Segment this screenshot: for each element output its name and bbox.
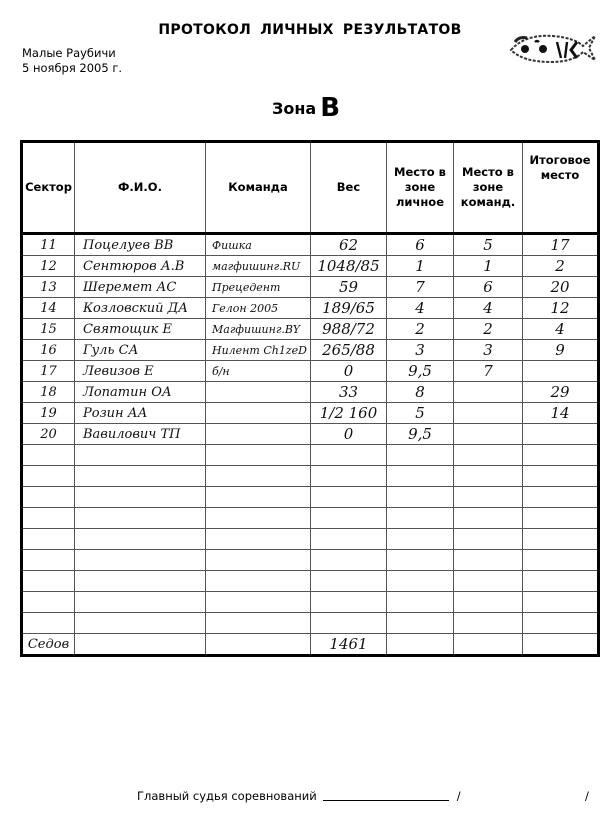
cell-final-place xyxy=(523,613,599,634)
header-line: Место в xyxy=(387,165,453,180)
cell-fio: Сентюров А.В xyxy=(75,256,206,277)
table-row: 17Левизов Еб/н09,57 xyxy=(22,361,599,382)
cell-sector xyxy=(22,613,75,634)
cell-final-place: 17 xyxy=(523,234,599,256)
cell-weight xyxy=(311,445,387,466)
table-row: Седов1461 xyxy=(22,634,599,656)
fish-logo-icon xyxy=(505,30,597,66)
col-header-place-team: Место в зоне команд. xyxy=(454,142,523,234)
cell-place-personal: 7 xyxy=(387,277,454,298)
cell-final-place: 29 xyxy=(523,382,599,403)
cell-team: Магфишинг.BY xyxy=(206,319,311,340)
cell-weight: 0 xyxy=(311,361,387,382)
cell-fio: Поцелуев ВВ xyxy=(75,234,206,256)
cell-place-personal xyxy=(387,550,454,571)
cell-place-personal: 3 xyxy=(387,340,454,361)
table-row xyxy=(22,487,599,508)
cell-place-personal xyxy=(387,592,454,613)
table-row: 11Поцелуев ВВФишка626517 xyxy=(22,234,599,256)
cell-fio: Лопатин ОА xyxy=(75,382,206,403)
cell-final-place: 9 xyxy=(523,340,599,361)
cell-final-place xyxy=(523,487,599,508)
cell-final-place xyxy=(523,508,599,529)
cell-place-personal xyxy=(387,487,454,508)
cell-final-place: 20 xyxy=(523,277,599,298)
cell-place-personal xyxy=(387,508,454,529)
zone-letter: B xyxy=(320,93,340,123)
cell-sector xyxy=(22,466,75,487)
cell-place-personal xyxy=(387,529,454,550)
cell-weight: 33 xyxy=(311,382,387,403)
cell-team xyxy=(206,403,311,424)
cell-final-place xyxy=(523,592,599,613)
cell-fio xyxy=(75,487,206,508)
cell-place-team xyxy=(454,592,523,613)
cell-place-team: 5 xyxy=(454,234,523,256)
cell-fio xyxy=(75,571,206,592)
zone-label: Зона xyxy=(272,99,316,118)
cell-sector xyxy=(22,550,75,571)
cell-place-team xyxy=(454,571,523,592)
cell-final-place: 4 xyxy=(523,319,599,340)
cell-place-team xyxy=(454,487,523,508)
cell-weight xyxy=(311,613,387,634)
cell-final-place: 14 xyxy=(523,403,599,424)
cell-fio: Вавилович ТП xyxy=(75,424,206,445)
cell-team: б/н xyxy=(206,361,311,382)
event-info: Малые Раубичи 5 ноября 2005 г. xyxy=(22,46,122,76)
cell-fio xyxy=(75,634,206,656)
table-row: 15Святощик ЕМагфишинг.BY988/72224 xyxy=(22,319,599,340)
cell-sector xyxy=(22,592,75,613)
cell-sector xyxy=(22,487,75,508)
table-body: 11Поцелуев ВВФишка62651712Сентюров А.Вма… xyxy=(22,234,599,656)
cell-sector: 14 xyxy=(22,298,75,319)
cell-place-personal xyxy=(387,634,454,656)
separator: / xyxy=(585,789,589,803)
cell-place-team xyxy=(454,634,523,656)
cell-weight xyxy=(311,508,387,529)
cell-team: Фишка xyxy=(206,234,311,256)
header-line: Место в xyxy=(454,165,522,180)
cell-weight: 1048/85 xyxy=(311,256,387,277)
results-table: Сектор Ф.И.О. Команда Вес Место в зоне л… xyxy=(20,140,600,657)
cell-place-personal: 9,5 xyxy=(387,424,454,445)
cell-team xyxy=(206,424,311,445)
cell-place-team: 1 xyxy=(454,256,523,277)
header-line: Итоговое xyxy=(523,153,597,168)
cell-weight xyxy=(311,466,387,487)
cell-weight: 0 xyxy=(311,424,387,445)
cell-team xyxy=(206,634,311,656)
cell-final-place xyxy=(523,529,599,550)
table-row: 16Гуль САНилент Ch1zeD265/88339 xyxy=(22,340,599,361)
col-header-fio: Ф.И.О. xyxy=(75,142,206,234)
cell-place-personal: 8 xyxy=(387,382,454,403)
cell-fio xyxy=(75,550,206,571)
signature-field[interactable] xyxy=(323,800,449,801)
event-location: Малые Раубичи xyxy=(22,46,122,61)
cell-sector: 18 xyxy=(22,382,75,403)
cell-team: Прецедент xyxy=(206,277,311,298)
cell-final-place xyxy=(523,466,599,487)
header-line: личное xyxy=(387,195,453,210)
cell-fio xyxy=(75,508,206,529)
cell-final-place xyxy=(523,634,599,656)
cell-fio: Розин АА xyxy=(75,403,206,424)
cell-team xyxy=(206,382,311,403)
cell-place-team xyxy=(454,613,523,634)
cell-sector: 17 xyxy=(22,361,75,382)
cell-weight xyxy=(311,571,387,592)
cell-place-team: 2 xyxy=(454,319,523,340)
cell-team xyxy=(206,571,311,592)
cell-place-personal: 1 xyxy=(387,256,454,277)
cell-fio xyxy=(75,445,206,466)
cell-team: магфишинг.RU xyxy=(206,256,311,277)
cell-place-personal: 9,5 xyxy=(387,361,454,382)
cell-sector: 16 xyxy=(22,340,75,361)
cell-final-place xyxy=(523,445,599,466)
cell-place-team: 4 xyxy=(454,298,523,319)
cell-weight: 59 xyxy=(311,277,387,298)
cell-fio: Козловский ДА xyxy=(75,298,206,319)
table-row xyxy=(22,529,599,550)
cell-weight: 1/2 160 xyxy=(311,403,387,424)
header-line: зоне xyxy=(387,180,453,195)
cell-sector: 12 xyxy=(22,256,75,277)
table-row: 13Шеремет АСПрецедент597620 xyxy=(22,277,599,298)
cell-team xyxy=(206,466,311,487)
cell-team xyxy=(206,529,311,550)
cell-team xyxy=(206,550,311,571)
cell-place-team xyxy=(454,529,523,550)
cell-place-personal: 6 xyxy=(387,234,454,256)
cell-fio: Левизов Е xyxy=(75,361,206,382)
cell-weight xyxy=(311,487,387,508)
cell-weight: 265/88 xyxy=(311,340,387,361)
cell-place-team: 3 xyxy=(454,340,523,361)
cell-sector xyxy=(22,571,75,592)
cell-team xyxy=(206,487,311,508)
cell-final-place xyxy=(523,361,599,382)
cell-fio xyxy=(75,613,206,634)
cell-place-personal: 5 xyxy=(387,403,454,424)
judge-label: Главный судья соревнований xyxy=(137,789,317,803)
cell-team: Нилент Ch1zeD xyxy=(206,340,311,361)
cell-place-team: 6 xyxy=(454,277,523,298)
cell-place-team xyxy=(454,550,523,571)
cell-sector: 15 xyxy=(22,319,75,340)
cell-place-team xyxy=(454,382,523,403)
cell-fio xyxy=(75,592,206,613)
table-row xyxy=(22,592,599,613)
cell-place-team xyxy=(454,466,523,487)
header-line: место xyxy=(523,168,597,183)
header-line: зоне xyxy=(454,180,522,195)
cell-weight: 988/72 xyxy=(311,319,387,340)
cell-sector: 20 xyxy=(22,424,75,445)
col-header-place-personal: Место в зоне личное xyxy=(387,142,454,234)
cell-place-personal xyxy=(387,571,454,592)
table-row xyxy=(22,466,599,487)
cell-team xyxy=(206,508,311,529)
cell-final-place xyxy=(523,550,599,571)
cell-sector xyxy=(22,508,75,529)
cell-weight: 1461 xyxy=(311,634,387,656)
table-row: 20Вавилович ТП09,5 xyxy=(22,424,599,445)
table-row: 14Козловский ДАГелон 2005189/654412 xyxy=(22,298,599,319)
table-row: 19Розин АА1/2 160514 xyxy=(22,403,599,424)
table-row xyxy=(22,445,599,466)
cell-fio: Шеремет АС xyxy=(75,277,206,298)
cell-weight: 62 xyxy=(311,234,387,256)
cell-team xyxy=(206,592,311,613)
header-line: команд. xyxy=(454,195,522,210)
cell-sector: 19 xyxy=(22,403,75,424)
cell-weight xyxy=(311,550,387,571)
cell-sector: 13 xyxy=(22,277,75,298)
cell-fio: Гуль СА xyxy=(75,340,206,361)
table-row xyxy=(22,571,599,592)
cell-weight xyxy=(311,529,387,550)
col-header-weight: Вес xyxy=(311,142,387,234)
cell-place-team xyxy=(454,508,523,529)
cell-final-place xyxy=(523,424,599,445)
table-row: 18Лопатин ОА33829 xyxy=(22,382,599,403)
cell-fio: Святощик Е xyxy=(75,319,206,340)
judge-signature-line: Главный судья соревнований// xyxy=(137,789,461,803)
cell-sector xyxy=(22,445,75,466)
zone-heading: ЗонаB xyxy=(0,93,600,123)
cell-team: Гелон 2005 xyxy=(206,298,311,319)
cell-place-personal: 4 xyxy=(387,298,454,319)
cell-weight xyxy=(311,592,387,613)
cell-final-place xyxy=(523,571,599,592)
event-date: 5 ноября 2005 г. xyxy=(22,61,122,76)
cell-place-team: 7 xyxy=(454,361,523,382)
cell-place-personal xyxy=(387,466,454,487)
col-header-final-place: Итоговое место xyxy=(523,142,599,234)
cell-place-personal: 2 xyxy=(387,319,454,340)
col-header-team: Команда xyxy=(206,142,311,234)
cell-final-place: 2 xyxy=(523,256,599,277)
cell-team xyxy=(206,445,311,466)
cell-sector: Седов xyxy=(22,634,75,656)
cell-place-team xyxy=(454,445,523,466)
cell-sector xyxy=(22,529,75,550)
col-header-sector: Сектор xyxy=(22,142,75,234)
cell-place-personal xyxy=(387,445,454,466)
cell-place-team xyxy=(454,424,523,445)
table-row: 12Сентюров А.Вмагфишинг.RU1048/85112 xyxy=(22,256,599,277)
cell-fio xyxy=(75,529,206,550)
cell-team xyxy=(206,613,311,634)
cell-fio xyxy=(75,466,206,487)
table-row xyxy=(22,550,599,571)
cell-place-personal xyxy=(387,613,454,634)
cell-sector: 11 xyxy=(22,234,75,256)
table-row xyxy=(22,508,599,529)
table-row xyxy=(22,613,599,634)
cell-weight: 189/65 xyxy=(311,298,387,319)
separator: / xyxy=(457,789,461,803)
cell-place-team xyxy=(454,403,523,424)
table-header-row: Сектор Ф.И.О. Команда Вес Место в зоне л… xyxy=(22,142,599,234)
cell-final-place: 12 xyxy=(523,298,599,319)
